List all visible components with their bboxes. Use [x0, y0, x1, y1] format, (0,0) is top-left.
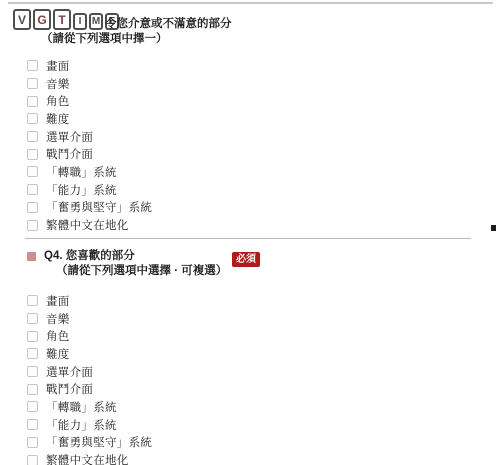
option-row[interactable]: 難度 — [27, 110, 152, 128]
option-label[interactable]: 畫面 — [46, 293, 70, 309]
option-label[interactable]: 音樂 — [46, 76, 70, 92]
option-row[interactable]: 「能力」系統 — [27, 416, 152, 434]
checkbox-icon[interactable] — [27, 149, 38, 160]
option-label[interactable]: 選單介面 — [46, 364, 93, 380]
checkbox-icon[interactable] — [27, 113, 38, 124]
checkbox-icon[interactable] — [27, 131, 38, 142]
option-row[interactable]: 繁體中文在地化 — [27, 216, 152, 234]
option-row[interactable]: 角色 — [27, 327, 152, 345]
option-row[interactable]: 「能力」系統 — [27, 181, 152, 199]
logo-letter-i: I — [73, 13, 87, 30]
option-label[interactable]: 角色 — [46, 328, 70, 344]
option-label[interactable]: 「轉職」系統 — [46, 399, 117, 415]
top-horizontal-rule — [8, 2, 493, 4]
question4-title: Q4. 您喜歡的部分 — [44, 247, 135, 263]
option-label[interactable]: 「奮勇與堅守」系統 — [46, 434, 152, 450]
logo-letter-g: G — [33, 9, 51, 30]
option-row[interactable]: 音樂 — [27, 310, 152, 328]
checkbox-icon[interactable] — [27, 96, 38, 107]
checkbox-icon[interactable] — [27, 331, 38, 342]
option-row[interactable]: 音樂 — [27, 75, 152, 93]
option-label[interactable]: 繁體中文在地化 — [46, 217, 129, 233]
checkbox-icon[interactable] — [27, 166, 38, 177]
checkbox-icon[interactable] — [27, 348, 38, 359]
checkbox-icon[interactable] — [27, 202, 38, 213]
option-label[interactable]: 畫面 — [46, 58, 70, 74]
checkbox-icon[interactable] — [27, 401, 38, 412]
section-divider — [25, 238, 471, 239]
logo-letter-m: M — [89, 13, 103, 30]
option-label[interactable]: 繁體中文在地化 — [46, 452, 129, 465]
checkbox-icon[interactable] — [27, 366, 38, 377]
option-row[interactable]: 戰鬥介面 — [27, 145, 152, 163]
option-row[interactable]: 畫面 — [27, 57, 152, 75]
option-label[interactable]: 戰鬥介面 — [46, 146, 93, 162]
question4-title-text: 您喜歡的部分 — [66, 250, 135, 262]
question4-number: Q4. — [44, 250, 63, 262]
question4-subtitle: （請從下列選項中選擇 · 可複選） — [56, 262, 227, 278]
checkbox-icon[interactable] — [27, 60, 38, 71]
checkbox-icon[interactable] — [27, 295, 38, 306]
option-row[interactable]: 「轉職」系統 — [27, 398, 152, 416]
question3-title: 令您介意或不滿意的部分 — [105, 15, 232, 31]
question4-option-list: 畫面 音樂 角色 難度 選單介面 戰鬥介面 「轉職」系統 「能力」系統 「奮勇與… — [27, 292, 152, 465]
question3-option-list: 畫面 音樂 角色 難度 選單介面 戰鬥介面 「轉職」系統 「能力」系統 「奮勇與… — [27, 57, 152, 234]
option-row[interactable]: 畫面 — [27, 292, 152, 310]
checkbox-icon[interactable] — [27, 384, 38, 395]
checkbox-icon[interactable] — [27, 78, 38, 89]
checkbox-icon[interactable] — [27, 313, 38, 324]
option-row[interactable]: 選單介面 — [27, 128, 152, 146]
question4-bullet-square — [27, 252, 36, 261]
checkbox-icon[interactable] — [27, 184, 38, 195]
vgtime-logo: V G T I M E — [13, 9, 119, 30]
required-badge: 必須 — [232, 252, 260, 267]
logo-letter-t: T — [53, 9, 71, 30]
question3-subtitle: （請從下列選項中擇一） — [41, 30, 168, 46]
option-label[interactable]: 角色 — [46, 93, 70, 109]
option-label[interactable]: 難度 — [46, 346, 70, 362]
option-row[interactable]: 戰鬥介面 — [27, 380, 152, 398]
option-row[interactable]: 選單介面 — [27, 363, 152, 381]
option-label[interactable]: 難度 — [46, 111, 70, 127]
checkbox-icon[interactable] — [27, 220, 38, 231]
option-label[interactable]: 選單介面 — [46, 129, 93, 145]
option-label[interactable]: 「轉職」系統 — [46, 164, 117, 180]
option-label[interactable]: 音樂 — [46, 311, 70, 327]
option-row[interactable]: 角色 — [27, 92, 152, 110]
option-row[interactable]: 繁體中文在地化 — [27, 451, 152, 465]
option-row[interactable]: 「奮勇與堅守」系統 — [27, 199, 152, 217]
option-label[interactable]: 戰鬥介面 — [46, 381, 93, 397]
option-row[interactable]: 「奮勇與堅守」系統 — [27, 434, 152, 452]
option-label[interactable]: 「奮勇與堅守」系統 — [46, 199, 152, 215]
option-label[interactable]: 「能力」系統 — [46, 417, 117, 433]
checkbox-icon[interactable] — [27, 419, 38, 430]
checkbox-icon[interactable] — [27, 455, 38, 465]
option-row[interactable]: 難度 — [27, 345, 152, 363]
right-edge-artifact-dot — [491, 225, 496, 231]
option-row[interactable]: 「轉職」系統 — [27, 163, 152, 181]
checkbox-icon[interactable] — [27, 437, 38, 448]
logo-letter-v: V — [13, 9, 31, 30]
option-label[interactable]: 「能力」系統 — [46, 182, 117, 198]
